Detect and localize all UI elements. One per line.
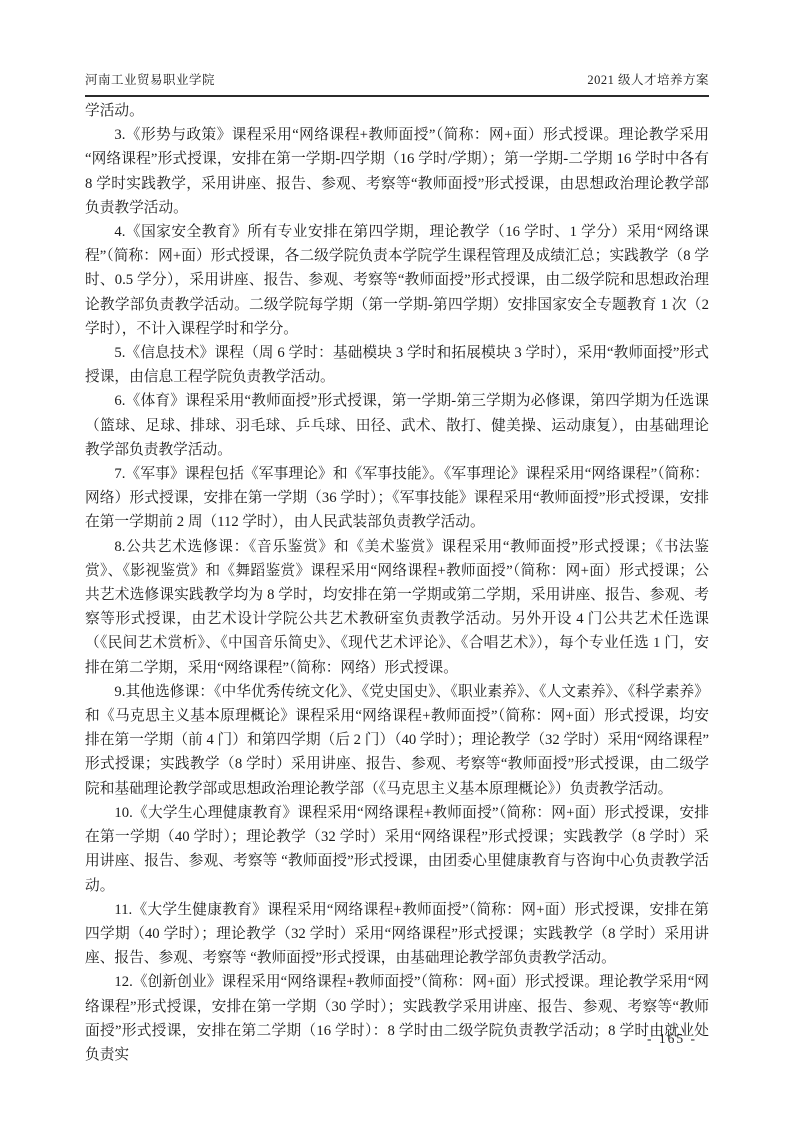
body-paragraph-item-5: 5.《信息技术》课程（周 6 学时：基础模块 3 学时和拓展模块 3 学时），采…: [85, 341, 709, 389]
page-number: - 165 -: [647, 1031, 697, 1047]
body-paragraph-item-8: 8.公共艺术选修课：《音乐鉴赏》和《美术鉴赏》课程采用“教师面授”形式授课；《书…: [85, 535, 709, 680]
body-paragraph-item-10: 10.《大学生心理健康教育》课程采用“网络课程+教师面授”（简称：网+面）形式授…: [85, 801, 709, 898]
page-header: 河南工业贸易职业学院 2021 级人才培养方案: [85, 70, 709, 97]
body-paragraph-item-6: 6.《体育》课程采用“教师面授”形式授课，第一学期-第三学期为必修课，第四学期为…: [85, 389, 709, 462]
header-school-name: 河南工业贸易职业学院: [85, 70, 215, 88]
header-document-title: 2021 级人才培养方案: [587, 70, 709, 88]
document-body: 学活动。 3.《形势与政策》课程采用“网络课程+教师面授”（简称：网+面）形式授…: [85, 99, 709, 1067]
body-paragraph-item-12: 12.《创新创业》课程采用“网络课程+教师面授”（简称：网+面）形式授课。理论教…: [85, 970, 709, 1067]
body-paragraph-item-3: 3.《形势与政策》课程采用“网络课程+教师面授”（简称：网+面）形式授课。理论教…: [85, 123, 709, 220]
body-paragraph-item-7: 7.《军事》课程包括《军事理论》和《军事技能》。《军事理论》课程采用“网络课程”…: [85, 462, 709, 535]
document-page: 河南工业贸易职业学院 2021 级人才培养方案 学活动。 3.《形势与政策》课程…: [0, 0, 793, 1122]
body-paragraph-continuation: 学活动。: [85, 99, 709, 123]
body-paragraph-item-11: 11.《大学生健康教育》课程采用“网络课程+教师面授”（简称：网+面）形式授课，…: [85, 898, 709, 971]
body-paragraph-item-9: 9.其他选修课：《中华优秀传统文化》、《党史国史》、《职业素养》、《人文素养》、…: [85, 680, 709, 801]
body-paragraph-item-4: 4.《国家安全教育》所有专业安排在第四学期，理论教学（16 学时、1 学分）采用…: [85, 220, 709, 341]
